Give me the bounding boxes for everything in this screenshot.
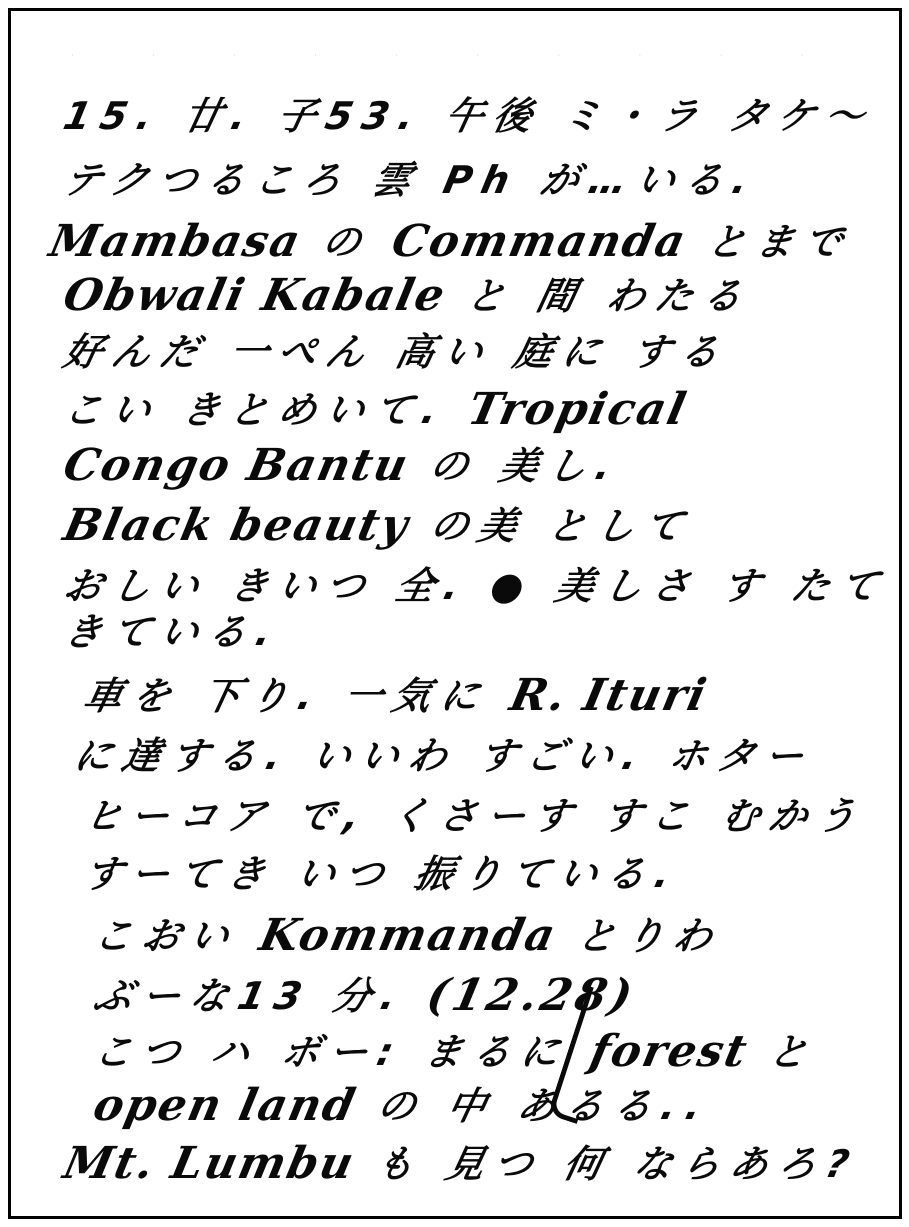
japanese-text: する	[626, 324, 734, 380]
faint-bleed-marks: · · · · · · · · · · · · · · · ·	[71, 51, 851, 63]
japanese-text: ボー:	[276, 1024, 409, 1080]
manuscript-page: · · · · · · · · · · · · · · · · 15.廿.子53…	[8, 8, 902, 1219]
japanese-text: 午後	[440, 88, 548, 144]
japanese-text: 振りている.	[409, 846, 685, 902]
japanese-text: 下り.	[196, 668, 328, 724]
handwritten-line: MambasaのCommandaとまで	[45, 211, 881, 267]
japanese-text: きとめいて.	[176, 382, 452, 438]
japanese-text: の	[372, 1078, 432, 1134]
handwritten-line: Black beautyの美として	[59, 495, 721, 551]
japanese-text: 全.	[390, 558, 474, 614]
handwritten-line: テクつるころ雲 Phが…いる.	[59, 149, 786, 205]
japanese-text: の	[317, 214, 377, 270]
handwritten-line: すーてきいつ振りている.	[79, 843, 708, 899]
japanese-text: いつ	[291, 846, 399, 902]
japanese-text: たて	[786, 558, 894, 614]
japanese-text: 庭に	[508, 324, 616, 380]
handwritten-line: ヒーコアで,くさーすすこむかう	[79, 785, 894, 841]
japanese-text: ホター	[663, 728, 819, 784]
japanese-text: 雲 Ph	[367, 152, 525, 208]
handwritten-line: 好んだ一ぺん高い庭にする	[59, 321, 757, 377]
handwritten-line: こおいKommandaとりわ	[89, 905, 750, 961]
japanese-text: まるに	[419, 1024, 575, 1080]
japanese-text: あるる..	[512, 1078, 717, 1134]
japanese-text: の	[424, 438, 484, 494]
handwritten-line: open landの中あるる..	[89, 1075, 739, 1131]
japanese-text: ●	[485, 558, 540, 614]
japanese-text: 美し.	[494, 438, 626, 494]
japanese-text: 一気に	[339, 668, 495, 724]
japanese-text: 15.	[58, 88, 167, 144]
japanese-text: と	[763, 1024, 823, 1080]
japanese-text: すごい.	[473, 728, 653, 784]
japanese-text: 分.	[327, 968, 411, 1024]
japanese-text: 見つ	[440, 1136, 548, 1192]
japanese-text: テクつるころ	[58, 152, 356, 208]
handwritten-line: Obwali Kabaleと間わたる	[59, 265, 780, 321]
japanese-text: くさーす	[385, 788, 587, 844]
japanese-text: も	[370, 1136, 430, 1192]
japanese-text: 車を	[78, 668, 186, 724]
handwritten-line: ぶーな13分.(12.28)	[89, 965, 664, 1021]
japanese-text: ヒーコア	[78, 788, 280, 844]
english-word: Black beauty	[58, 498, 414, 554]
english-word: open land	[88, 1078, 361, 1134]
japanese-text: す	[716, 558, 776, 614]
japanese-text: とまで	[702, 214, 858, 270]
japanese-text: こおい	[88, 908, 244, 964]
japanese-text: ハ	[206, 1024, 266, 1080]
japanese-text: で,	[291, 788, 375, 844]
japanese-text: として	[543, 498, 699, 554]
japanese-text: すこ	[597, 788, 705, 844]
english-word: R. Ituri	[505, 668, 713, 724]
japanese-text: 美しさ	[550, 558, 706, 614]
japanese-text: 一ぺん	[224, 324, 380, 380]
handwritten-line: 15.廿.子53.午後ミ・ラタケ〜	[59, 85, 902, 141]
japanese-text: こつ	[88, 1024, 195, 1080]
japanese-text: ならあろ?	[628, 1136, 864, 1192]
japanese-text: が…いる.	[535, 152, 763, 208]
japanese-text: 好んだ	[58, 324, 214, 380]
japanese-text: ミ・ラ	[558, 88, 714, 144]
japanese-text: 廿.	[178, 88, 262, 144]
english-word: Obwali Kabale	[58, 268, 451, 324]
japanese-text: 中	[442, 1078, 502, 1134]
japanese-text: に達する.	[68, 728, 296, 784]
handwritten-line: こつハボー:まるにforestと	[89, 1021, 846, 1077]
english-word: Mt. Lumbu	[58, 1136, 360, 1192]
japanese-text: 子53.	[272, 88, 429, 144]
japanese-text: いいわ	[307, 728, 463, 784]
english-word: Tropical	[463, 382, 692, 438]
english-word: forest	[585, 1024, 753, 1080]
japanese-text: と	[461, 268, 521, 324]
japanese-text: わたる	[601, 268, 757, 324]
handwritten-line: Mt. Lumbuも見つ何ならあろ?	[59, 1133, 887, 1189]
japanese-text: きている.	[58, 604, 286, 660]
japanese-text: タケ〜	[724, 88, 880, 144]
japanese-text: 高い	[390, 324, 498, 380]
handwritten-line: こいきとめいて.Tropical	[59, 379, 715, 435]
japanese-text: 間	[531, 268, 591, 324]
japanese-text: すーてき	[78, 846, 281, 902]
handwritten-line: Congo Bantuの美し.	[59, 435, 649, 491]
handwritten-line: 車を下り.一気にR. Ituri	[79, 665, 735, 721]
japanese-text: むかう	[715, 788, 871, 844]
japanese-text: 何	[558, 1136, 618, 1192]
english-word: Congo Bantu	[58, 438, 414, 494]
handwritten-line: きている.	[59, 601, 309, 657]
japanese-text: こい	[58, 382, 166, 438]
english-word: Kommanda	[254, 908, 561, 964]
english-word: Commanda	[387, 214, 692, 270]
handwritten-line: に達する.いいわすごい.ホター	[69, 725, 842, 781]
english-word: Mambasa	[44, 214, 306, 270]
japanese-text: ぶーな13	[88, 968, 317, 1024]
japanese-text: とりわ	[572, 908, 728, 964]
japanese-text: の美	[425, 498, 533, 554]
